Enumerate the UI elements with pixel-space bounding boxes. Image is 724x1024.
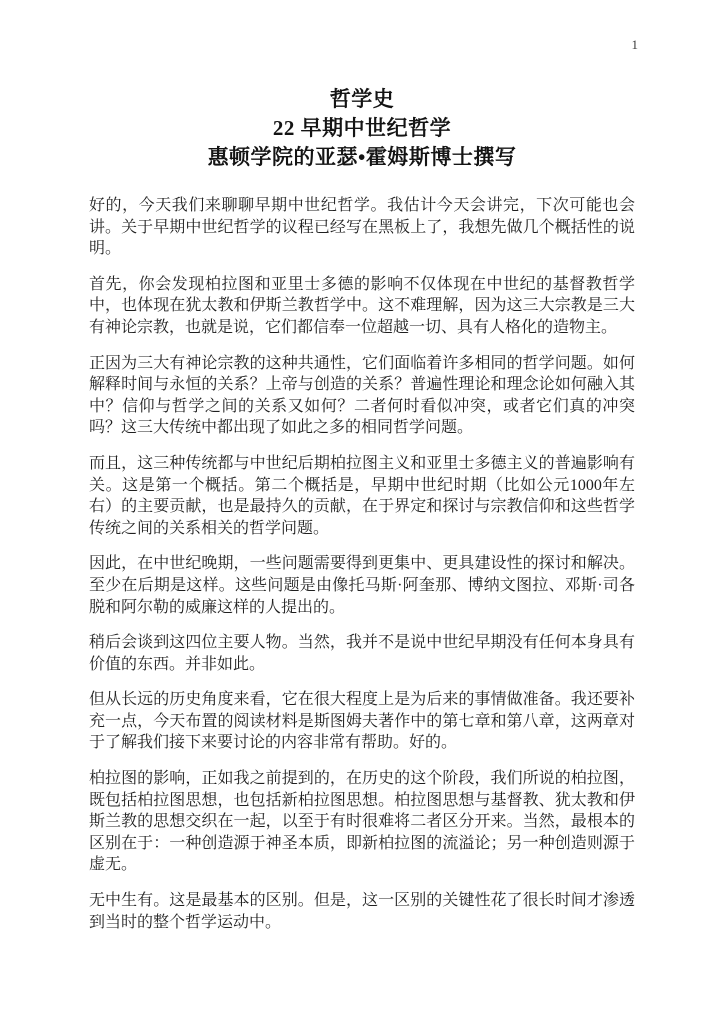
paragraph: 但从长远的历史角度来看，它在很大程度上是为后来的事情做准备。我还要补充一点，今天… — [89, 689, 635, 754]
paragraph: 首先，你会发现柏拉图和亚里士多德的影响不仅体现在中世纪的基督教哲学中，也体现在犹… — [89, 274, 635, 339]
paragraph: 好的，今天我们来聊聊早期中世纪哲学。我估计今天会讲完，下次可能也会讲。关于早期中… — [89, 195, 635, 260]
paragraph: 因此，在中世纪晚期，一些问题需要得到更集中、更具建设性的探讨和解决。至少在后期是… — [89, 553, 635, 618]
paragraph: 稍后会谈到这四位主要人物。当然，我并不是说中世纪早期没有任何本身具有价值的东西。… — [89, 632, 635, 675]
paragraph: 柏拉图的影响，正如我之前提到的，在历史的这个阶段，我们所说的柏拉图，既包括柏拉图… — [89, 768, 635, 876]
title-author: 惠顿学院的亚瑟•霍姆斯博士撰写 — [88, 143, 636, 172]
paragraph: 而且，这三种传统都与中世纪后期柏拉图主义和亚里士多德主义的普遍影响有关。这是第一… — [89, 453, 635, 539]
document-page: 1 哲学史 22 早期中世纪哲学 惠顿学院的亚瑟•霍姆斯博士撰写 好的，今天我们… — [0, 0, 724, 1024]
title-lecture: 22 早期中世纪哲学 — [88, 114, 636, 143]
page-number: 1 — [632, 38, 639, 52]
document-body: 好的，今天我们来聊聊早期中世纪哲学。我估计今天会讲完，下次可能也会讲。关于早期中… — [89, 195, 635, 947]
paragraph: 无中生有。这是最基本的区别。但是，这一区别的关键性花了很长时间才渗透到当时的整个… — [89, 890, 635, 933]
paragraph: 正因为三大有神论宗教的这种共通性，它们面临着许多相同的哲学问题。如何解释时间与永… — [89, 353, 635, 439]
document-title-block: 哲学史 22 早期中世纪哲学 惠顿学院的亚瑟•霍姆斯博士撰写 — [88, 85, 636, 172]
title-course: 哲学史 — [88, 85, 636, 114]
